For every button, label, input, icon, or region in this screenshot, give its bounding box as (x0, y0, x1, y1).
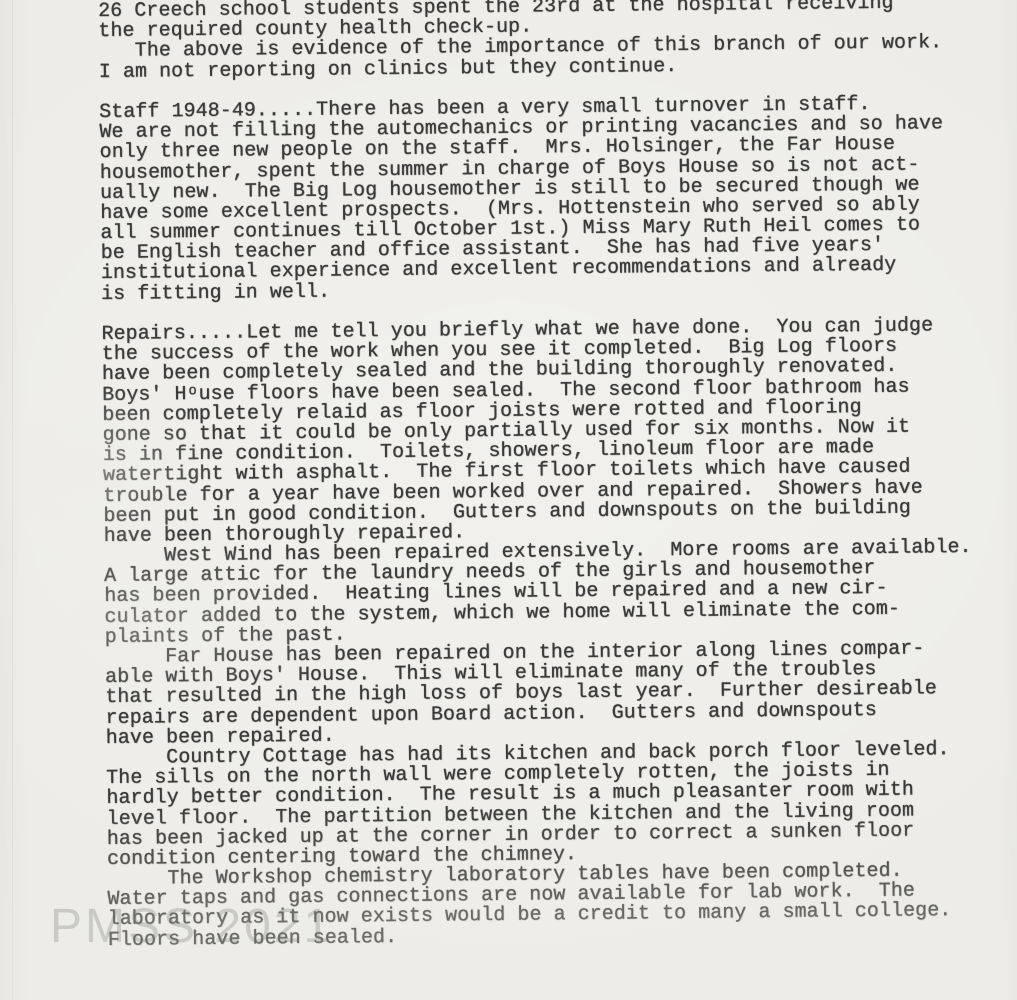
scan-edge-shadow (12, 0, 13, 1000)
typewritten-text: 26 Creech school students spent the 23rd… (98, 0, 976, 951)
scanned-page: PMSS 2021 26 Creech school students spen… (0, 0, 1017, 1000)
